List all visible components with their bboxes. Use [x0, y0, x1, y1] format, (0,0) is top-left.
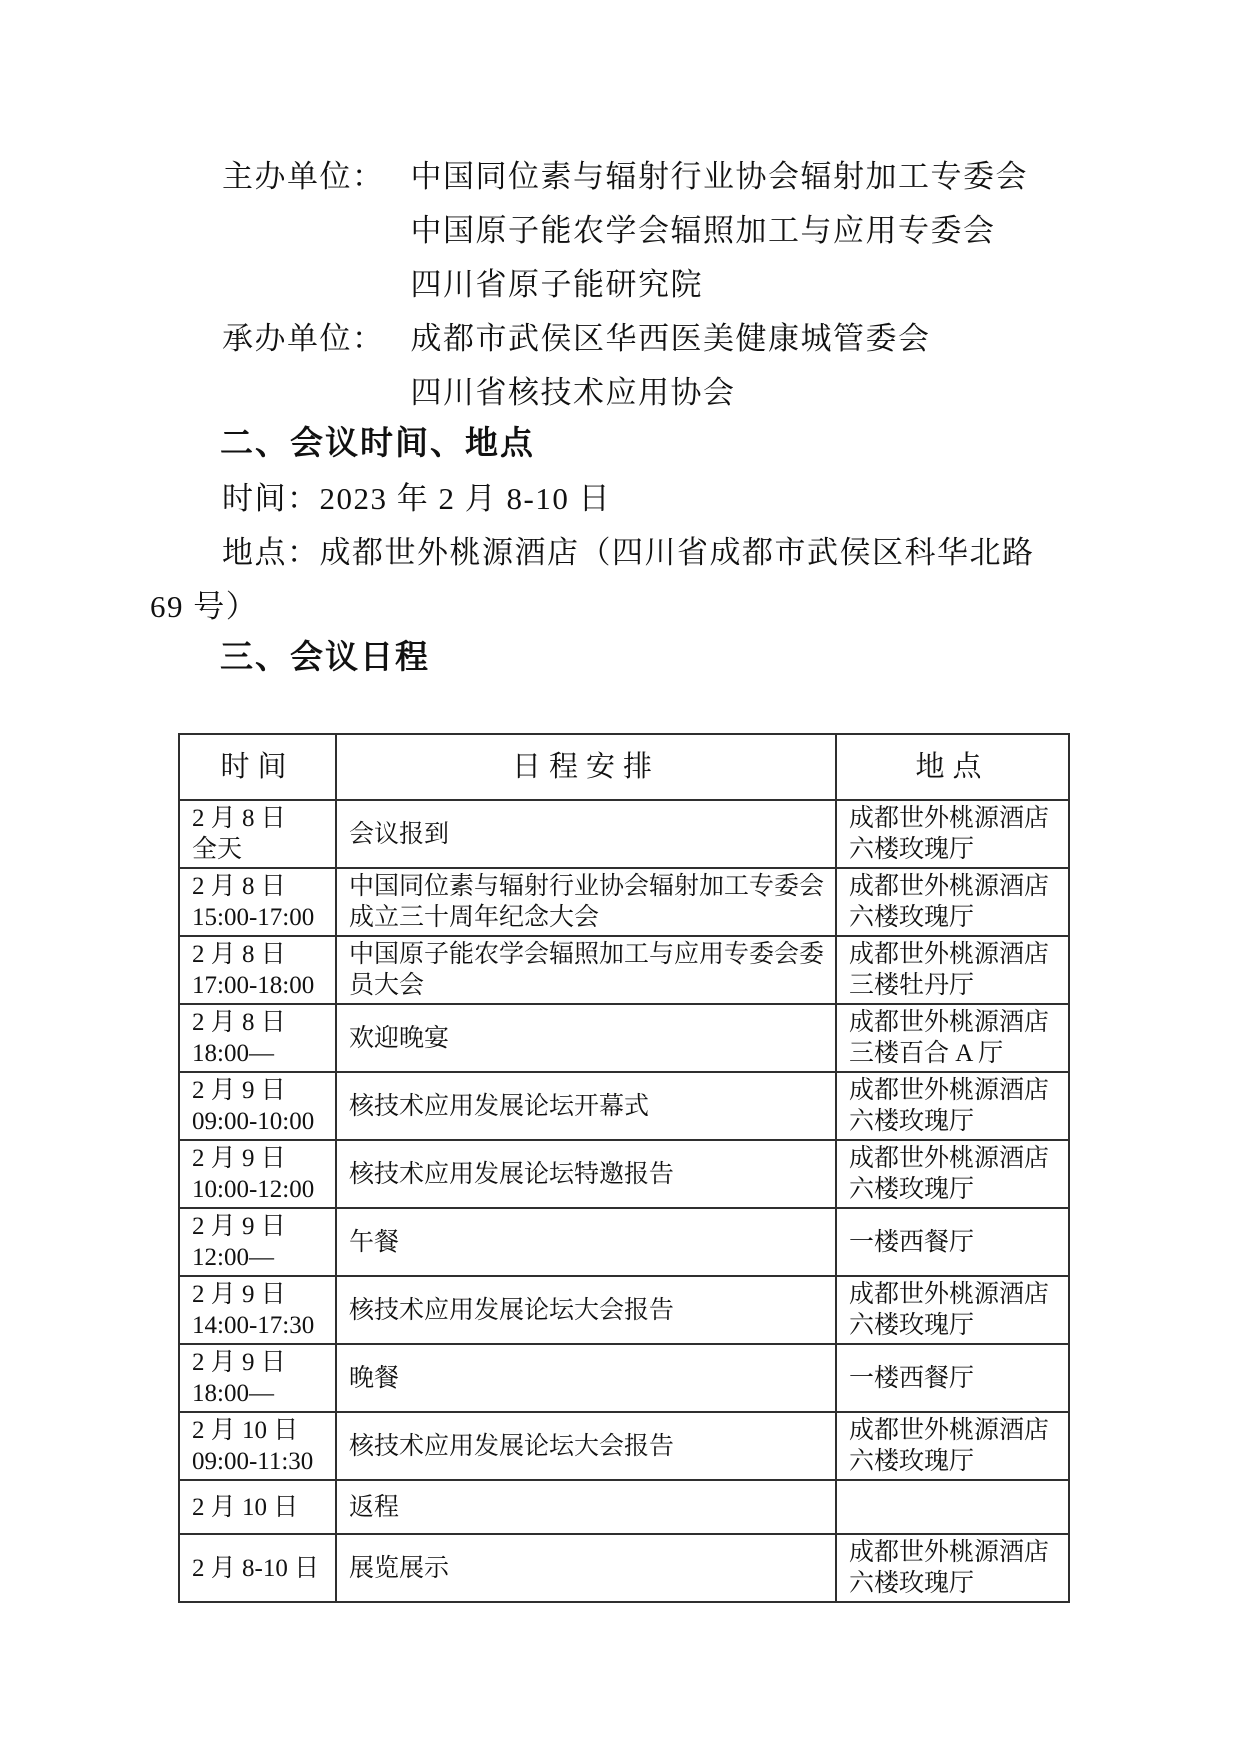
venue-cell: 成都世外桃源酒店六楼玫瑰厅 [836, 868, 1069, 936]
venue-cell: 成都世外桃源酒店六楼玫瑰厅 [836, 1534, 1069, 1602]
venue-cell: 成都世外桃源酒店三楼百合 A 厅 [836, 1004, 1069, 1072]
time-cell: 2 月 9 日12:00— [179, 1208, 336, 1276]
table-row: 2 月 8 日18:00—欢迎晚宴成都世外桃源酒店三楼百合 A 厅 [179, 1004, 1069, 1072]
table-row: 2 月 9 日10:00-12:00核技术应用发展论坛特邀报告成都世外桃源酒店六… [179, 1140, 1069, 1208]
venue-cell: 成都世外桃源酒店六楼玫瑰厅 [836, 1140, 1069, 1208]
organizer-label: 主办单位： [222, 150, 385, 204]
table-row: 2 月 9 日09:00-10:00核技术应用发展论坛开幕式成都世外桃源酒店六楼… [179, 1072, 1069, 1140]
time-cell: 2 月 8 日15:00-17:00 [179, 868, 336, 936]
agenda-cell: 返程 [336, 1480, 836, 1534]
time-cell: 2 月 9 日09:00-10:00 [179, 1072, 336, 1140]
agenda-cell: 核技术应用发展论坛大会报告 [336, 1412, 836, 1480]
document-page: 主办单位： 中国同位素与辐射行业协会辐射加工专委会 中国原子能农学会辐照加工与应… [0, 0, 1241, 1754]
agenda-cell: 核技术应用发展论坛开幕式 [336, 1072, 836, 1140]
time-cell: 2 月 10 日09:00-11:30 [179, 1412, 336, 1480]
undertaker-line: 成都市武侯区华西医美健康城管委会 [411, 312, 931, 366]
table-row: 2 月 8 日15:00-17:00中国同位素与辐射行业协会辐射加工专委会成立三… [179, 868, 1069, 936]
table-row: 2 月 8 日全天会议报到成都世外桃源酒店六楼玫瑰厅 [179, 800, 1069, 868]
venue-cell: 一楼西餐厅 [836, 1208, 1069, 1276]
section-heading-agenda: 三、会议日程 [220, 630, 430, 684]
header-time: 时间 [179, 734, 336, 800]
agenda-cell: 中国原子能农学会辐照加工与应用专委会委员大会 [336, 936, 836, 1004]
venue-cell: 成都世外桃源酒店六楼玫瑰厅 [836, 1412, 1069, 1480]
header-venue: 地点 [836, 734, 1069, 800]
time-cell: 2 月 8 日全天 [179, 800, 336, 868]
header-agenda: 日程安排 [336, 734, 836, 800]
meeting-time-line: 时间：2023 年 2 月 8-10 日 [222, 472, 611, 526]
venue-cell: 成都世外桃源酒店六楼玫瑰厅 [836, 800, 1069, 868]
time-cell: 2 月 10 日 [179, 1480, 336, 1534]
agenda-cell: 核技术应用发展论坛大会报告 [336, 1276, 836, 1344]
time-cell: 2 月 8-10 日 [179, 1534, 336, 1602]
time-cell: 2 月 9 日14:00-17:30 [179, 1276, 336, 1344]
venue-cell: 一楼西餐厅 [836, 1344, 1069, 1412]
table-row: 2 月 9 日18:00—晚餐一楼西餐厅 [179, 1344, 1069, 1412]
agenda-cell: 欢迎晚宴 [336, 1004, 836, 1072]
agenda-cell: 展览展示 [336, 1534, 836, 1602]
table-header-row: 时间 日程安排 地点 [179, 734, 1069, 800]
agenda-cell: 会议报到 [336, 800, 836, 868]
meeting-place-line-1: 地点：成都世外桃源酒店（四川省成都市武侯区科华北路 [222, 526, 1035, 580]
organizer-line: 中国同位素与辐射行业协会辐射加工专委会 [411, 150, 1029, 204]
organizer-block: 主办单位： 中国同位素与辐射行业协会辐射加工专委会 中国原子能农学会辐照加工与应… [222, 150, 1028, 312]
table-row: 2 月 10 日09:00-11:30核技术应用发展论坛大会报告成都世外桃源酒店… [179, 1412, 1069, 1480]
undertaker-block: 承办单位： 成都市武侯区华西医美健康城管委会 四川省核技术应用协会 [222, 312, 931, 420]
time-cell: 2 月 9 日18:00— [179, 1344, 336, 1412]
schedule-table-body: 2 月 8 日全天会议报到成都世外桃源酒店六楼玫瑰厅2 月 8 日15:00-1… [179, 800, 1069, 1602]
venue-cell [836, 1480, 1069, 1534]
table-row: 2 月 9 日12:00—午餐一楼西餐厅 [179, 1208, 1069, 1276]
table-row: 2 月 10 日返程 [179, 1480, 1069, 1534]
table-row: 2 月 8-10 日展览展示成都世外桃源酒店六楼玫瑰厅 [179, 1534, 1069, 1602]
agenda-cell: 中国同位素与辐射行业协会辐射加工专委会成立三十周年纪念大会 [336, 868, 836, 936]
venue-cell: 成都世外桃源酒店六楼玫瑰厅 [836, 1276, 1069, 1344]
undertaker-line: 四川省核技术应用协会 [411, 366, 931, 420]
venue-cell: 成都世外桃源酒店六楼玫瑰厅 [836, 1072, 1069, 1140]
agenda-cell: 午餐 [336, 1208, 836, 1276]
table-row: 2 月 9 日14:00-17:30核技术应用发展论坛大会报告成都世外桃源酒店六… [179, 1276, 1069, 1344]
meeting-place-line-2: 69 号） [150, 580, 258, 634]
agenda-cell: 核技术应用发展论坛特邀报告 [336, 1140, 836, 1208]
time-cell: 2 月 8 日17:00-18:00 [179, 936, 336, 1004]
section-heading-time-place: 二、会议时间、地点 [220, 416, 535, 470]
agenda-cell: 晚餐 [336, 1344, 836, 1412]
table-row: 2 月 8 日17:00-18:00中国原子能农学会辐照加工与应用专委会委员大会… [179, 936, 1069, 1004]
undertaker-label: 承办单位： [222, 312, 385, 366]
schedule-table: 时间 日程安排 地点 2 月 8 日全天会议报到成都世外桃源酒店六楼玫瑰厅2 月… [178, 733, 1070, 1603]
organizer-line: 中国原子能农学会辐照加工与应用专委会 [411, 204, 1029, 258]
venue-cell: 成都世外桃源酒店三楼牡丹厅 [836, 936, 1069, 1004]
time-cell: 2 月 9 日10:00-12:00 [179, 1140, 336, 1208]
organizer-line: 四川省原子能研究院 [411, 258, 1029, 312]
time-cell: 2 月 8 日18:00— [179, 1004, 336, 1072]
